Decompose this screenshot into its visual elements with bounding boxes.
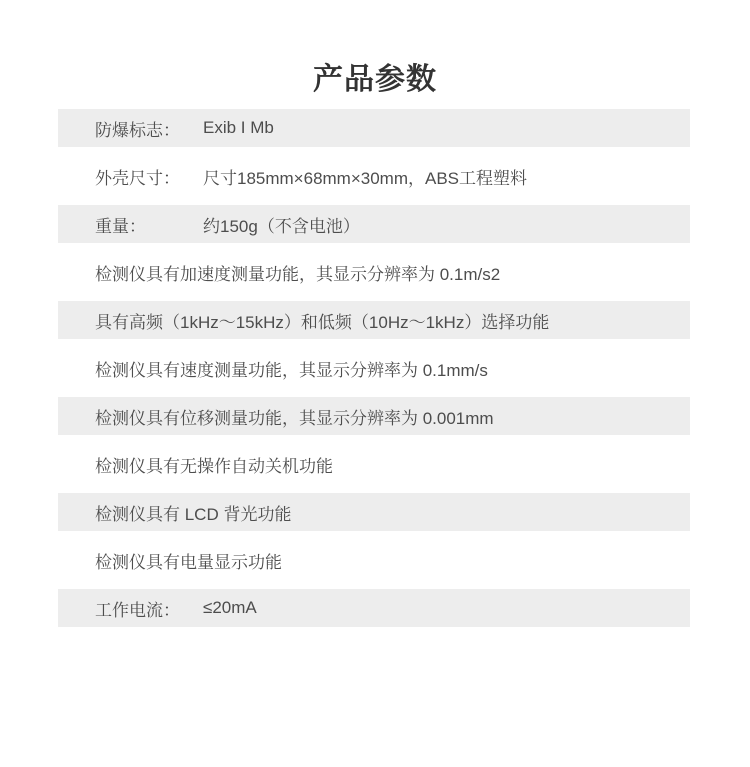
spec-row: 检测仪具有速度测量功能，其显示分辨率为 0.1mm/s: [58, 349, 690, 387]
spec-row: 工作电流：≤20mA: [58, 589, 690, 627]
spec-row: 检测仪具有电量显示功能: [58, 541, 690, 579]
spec-row: 具有高频（1kHz～15kHz）和低频（10Hz～1kHz）选择功能: [58, 301, 690, 339]
spec-row: 检测仪具有无操作自动关机功能: [58, 445, 690, 483]
spec-row: 防爆标志：Exib I Mb: [58, 109, 690, 147]
spec-row: 检测仪具有加速度测量功能，其显示分辨率为 0.1m/s2: [58, 253, 690, 291]
spec-text: 检测仪具有 LCD 背光功能: [95, 500, 291, 525]
spec-text: 检测仪具有位移测量功能，其显示分辨率为 0.001mm: [95, 404, 494, 429]
spec-text: 检测仪具有无操作自动关机功能: [95, 452, 333, 477]
spec-text: 检测仪具有电量显示功能: [95, 548, 282, 573]
spec-list: 防爆标志：Exib I Mb外壳尺寸：尺寸185mm×68mm×30mm，ABS…: [58, 109, 690, 627]
spec-text: 检测仪具有加速度测量功能，其显示分辨率为 0.1m/s2: [95, 260, 500, 285]
spec-row: 外壳尺寸：尺寸185mm×68mm×30mm，ABS工程塑料: [58, 157, 690, 195]
spec-label: 工作电流：: [95, 596, 203, 621]
spec-value: 约150g（不含电池）: [203, 212, 360, 237]
spec-label: 重量：: [95, 212, 203, 237]
spec-value: ≤20mA: [203, 598, 257, 618]
spec-text: 检测仪具有速度测量功能，其显示分辨率为 0.1mm/s: [95, 356, 488, 381]
spec-row: 重量：约150g（不含电池）: [58, 205, 690, 243]
spec-value: 尺寸185mm×68mm×30mm，ABS工程塑料: [203, 164, 527, 189]
spec-value: Exib I Mb: [203, 118, 274, 138]
spec-label: 外壳尺寸：: [95, 164, 203, 189]
page-title: 产品参数: [0, 0, 750, 62]
spec-row: 检测仪具有位移测量功能，其显示分辨率为 0.001mm: [58, 397, 690, 435]
spec-label: 防爆标志：: [95, 116, 203, 141]
spec-row: 检测仪具有 LCD 背光功能: [58, 493, 690, 531]
spec-text: 具有高频（1kHz～15kHz）和低频（10Hz～1kHz）选择功能: [95, 308, 549, 333]
